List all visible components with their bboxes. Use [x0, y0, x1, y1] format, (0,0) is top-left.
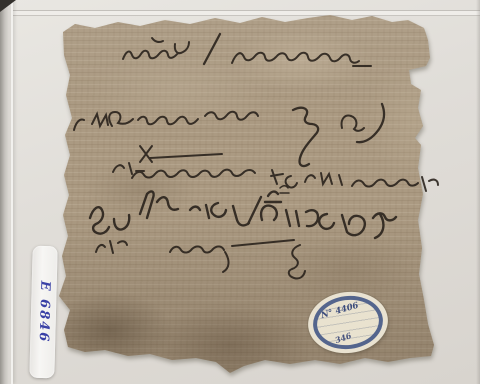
- inventory-label: E 6846: [29, 246, 57, 379]
- collection-sticker: N° 4406 346: [305, 287, 392, 357]
- inventory-number: E 6846: [35, 281, 52, 344]
- papyrus-surface: [0, 0, 480, 384]
- sticker-secondary-number: 346: [334, 330, 353, 345]
- sticker-number: N° 4406: [320, 301, 360, 321]
- sticker-ring: N° 4406 346: [310, 292, 386, 353]
- photo-of-papyrus: N° 4406 346 E 6846: [0, 0, 480, 384]
- papyrus-fragment: [0, 0, 480, 384]
- sticker-outer-rim: N° 4406 346: [305, 287, 392, 357]
